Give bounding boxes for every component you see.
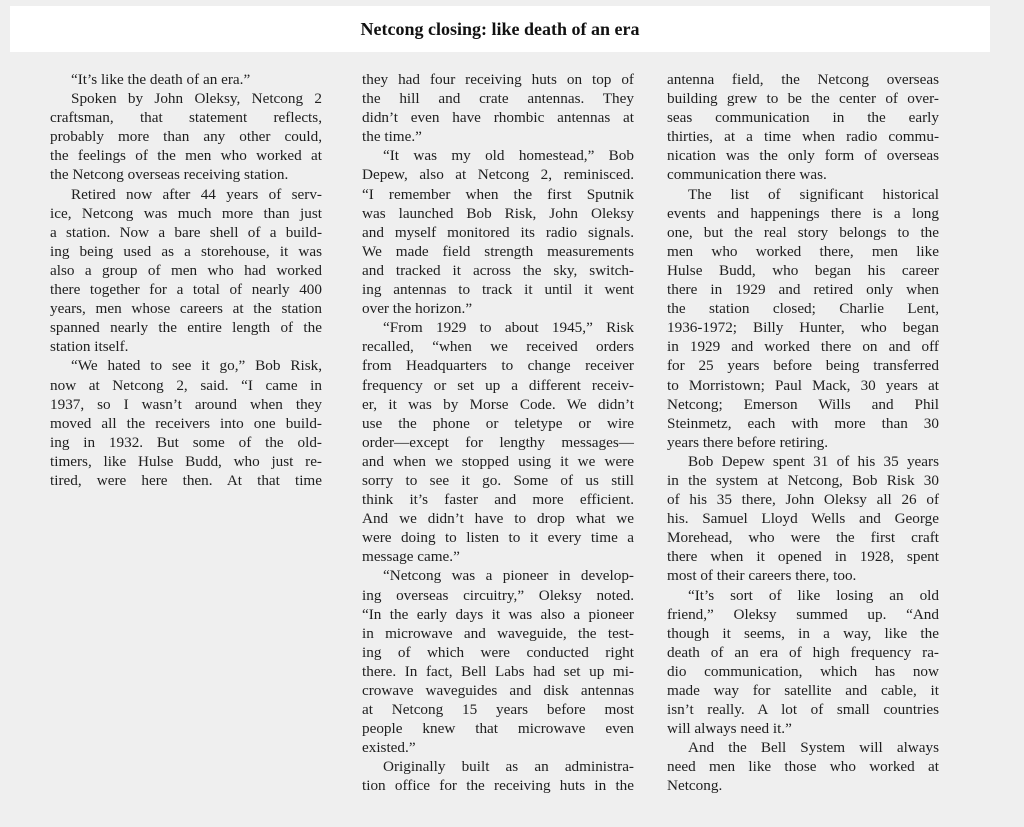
article-text-line: to Morristown; Paul Mack, 30 years at [667,376,939,395]
article-text-line: though it seems, in a way, like the [667,624,939,643]
article-text-line: The list of significant historical [667,185,939,204]
article-text-line: death of an era of high frequency ra- [667,643,939,662]
article-text-line: seas communication in the early [667,108,939,127]
article-text-line: over the horizon.” [362,299,634,318]
article-text-line: Netcong. [667,776,939,795]
article-text-line: years there before retiring. [667,433,939,452]
article-text-line: now at Netcong 2, said. “I came in [50,376,322,395]
article-text-line: of his 35 there, John Oleksy all 26 of [667,490,939,509]
article-column-3: antenna field, the Netcong overseasbuild… [667,70,939,796]
article-text-line: tired, were here then. At that time [50,471,322,490]
article-text-line: ing antennas to track it until it went [362,280,634,299]
article-text-line: ing overseas circuitry,” Oleksy noted. [362,586,634,605]
article-text-line: in the system at Netcong, Bob Risk 30 [667,471,939,490]
article-text-line: Hulse Budd, who began his career [667,261,939,280]
article-text-line: ing of which were conducted right [362,643,634,662]
article-text-line: Originally built as an administra- [362,757,634,776]
article-text-line: men who worked there, men like [667,242,939,261]
article-text-line: “It was my old homestead,” Bob [362,146,634,165]
article-text-line: message came.” [362,547,634,566]
article-text-line: And the Bell System will always [667,738,939,757]
article-text-line: thirties, at a time when radio commu- [667,127,939,146]
article-text-line: communication there was. [667,165,939,184]
article-text-line: 1937, so I wasn’t around when they [50,395,322,414]
article-text-line: events and happenings there is a long [667,204,939,223]
article-text-line: Bob Depew spent 31 of his 35 years [667,452,939,471]
article-text-line: most of their careers there, too. [667,566,939,585]
article-text-line: friend,” Oleksy summed up. “And [667,605,939,624]
article-text-line: existed.” [362,738,634,757]
article-column-1: “It’s like the death of an era.”Spoken b… [50,70,322,490]
article-text-line: “I remember when the first Sputnik [362,185,634,204]
article-text-line: the station closed; Charlie Lent, [667,299,939,318]
article-text-line: in microwave and waveguide, the test- [362,624,634,643]
article-text-line: crowave waveguides and disk antennas [362,681,634,700]
article-text-line: and tracked it across the sky, switch- [362,261,634,280]
article-text-line: dio communication, which has now [667,662,939,681]
article-text-line: station itself. [50,337,322,356]
article-text-line: and myself monitored its radio signals. [362,223,634,242]
article-text-line: will always need it.” [667,719,939,738]
article-text-line: also a group of men who had worked [50,261,322,280]
article-text-line: tion office for the receiving huts in th… [362,776,634,795]
article-text-line: from Headquarters to change receiver [362,356,634,375]
article-text-line: need men like those who worked at [667,757,939,776]
article-text-line: antenna field, the Netcong overseas [667,70,939,89]
article-text-line: there in 1929 and retired only when [667,280,939,299]
article-text-line: craftsman, that statement reflects, [50,108,322,127]
article-text-line: years, men whose careers at the station [50,299,322,318]
article-text-line: there. In fact, Bell Labs had set up mi- [362,662,634,681]
article-text-line: “Netcong was a pioneer in develop- [362,566,634,585]
article-text-line: Morehead, who were the first craft [667,528,939,547]
article-headline: Netcong closing: like death of an era [10,19,990,40]
article-text-line: “In the early days it was also a pioneer [362,605,634,624]
article-text-line: made way for satellite and cable, it [667,681,939,700]
article-text-line: and when we stopped using it we were [362,452,634,471]
headline-banner: Netcong closing: like death of an era [10,6,990,52]
article-text-line: the time.” [362,127,634,146]
article-text-line: didn’t even have rhombic antennas at [362,108,634,127]
article-text-line: probably more than any other could, [50,127,322,146]
article-text-line: in 1929 and worked there on and off [667,337,939,356]
article-text-line: spanned nearly the entire length of the [50,318,322,337]
article-text-line: Spoken by John Oleksy, Netcong 2 [50,89,322,108]
article-text-line: one, but the real story belongs to the [667,223,939,242]
article-text-line: “It’s sort of like losing an old [667,586,939,605]
article-text-line: people knew that microwave even [362,719,634,738]
article-text-line: ice, Netcong was much more than just [50,204,322,223]
article-text-line: ing being used as a storehouse, it was [50,242,322,261]
article-text-line: timers, like Hulse Budd, who just re- [50,452,322,471]
article-text-line: recalled, “when we received orders [362,337,634,356]
article-text-line: Depew, also at Netcong 2, reminisced. [362,165,634,184]
article-text-line: Steinmetz, each with more than 30 [667,414,939,433]
article-text-line: nication was the only form of overseas [667,146,939,165]
article-text-line: was launched Bob Risk, John Oleksy [362,204,634,223]
article-text-line: there when it opened in 1928, spent [667,547,939,566]
article-text-line: his. Samuel Lloyd Wells and George [667,509,939,528]
article-text-line: they had four receiving huts on top of [362,70,634,89]
article-text-line: were doing to listen to it every time a [362,528,634,547]
article-text-line: use the phone or teletype or wire [362,414,634,433]
article-text-line: “We hated to see it go,” Bob Risk, [50,356,322,375]
article-text-line: a station. Now a bare shell of a build- [50,223,322,242]
article-text-line: there together for a total of nearly 400 [50,280,322,299]
article-text-line: Netcong; Emerson Wills and Phil [667,395,939,414]
article-text-line: We made field strength measurements [362,242,634,261]
article-text-line: the hill and crate antennas. They [362,89,634,108]
article-text-line: order—except for lengthy messages— [362,433,634,452]
article-text-line: moved all the receivers into one build- [50,414,322,433]
article-text-line: “It’s like the death of an era.” [50,70,322,89]
article-text-line: 1936-1972; Billy Hunter, who began [667,318,939,337]
article-text-line: And we didn’t have to drop what we [362,509,634,528]
article-text-line: building grew to be the center of over- [667,89,939,108]
article-text-line: isn’t really. A lot of small countries [667,700,939,719]
article-text-line: frequency or set up a different receiv- [362,376,634,395]
article-text-line: the feelings of the men who worked at [50,146,322,165]
article-column-2: they had four receiving huts on top ofth… [362,70,634,796]
article-text-line: for 25 years before being transferred [667,356,939,375]
article-text-line: ing in 1932. But some of the old- [50,433,322,452]
article-text-line: er, it was by Morse Code. We didn’t [362,395,634,414]
article-text-line: think it’s faster and more efficient. [362,490,634,509]
article-text-line: at Netcong 15 years before most [362,700,634,719]
article-text-line: the Netcong overseas receiving station. [50,165,322,184]
article-text-line: Retired now after 44 years of serv- [50,185,322,204]
article-text-line: “From 1929 to about 1945,” Risk [362,318,634,337]
article-text-line: sorry to see it go. Some of us still [362,471,634,490]
